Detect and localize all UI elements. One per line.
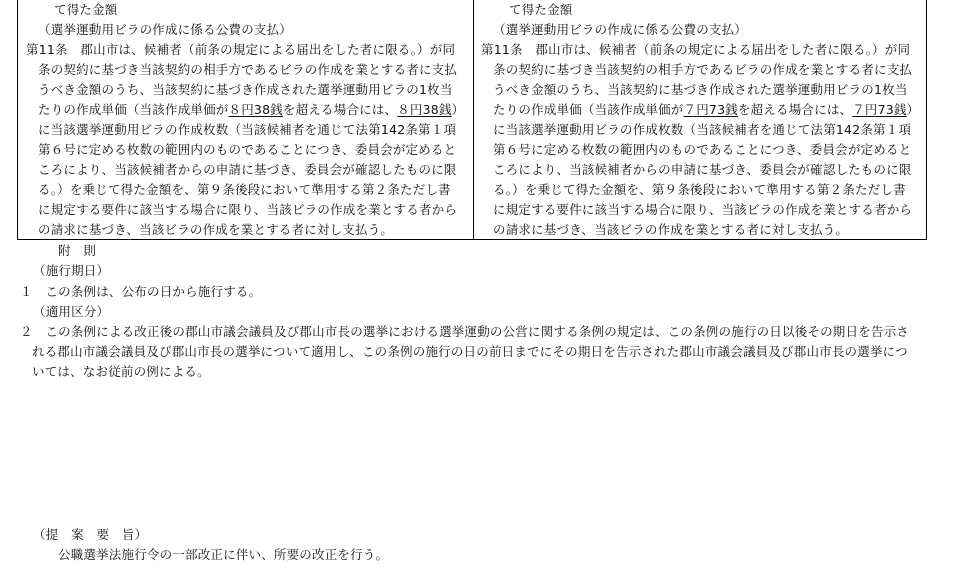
- proposal-heading: （提 案 要 旨）: [33, 525, 147, 545]
- amount-current: ７円73銭: [684, 102, 738, 117]
- table-line: る。）を乗じて得た金額を、第９条後段において準用する第２条ただし書: [38, 180, 451, 200]
- table-line: て得た金額: [509, 0, 573, 20]
- supplementary-item-2-line: ２ この条例による改正後の郡山市議会議員及び郡山市長の選挙における選挙運動の公営…: [20, 322, 909, 342]
- amount-revised: ８円38銭: [397, 102, 451, 117]
- table-line: に当該選挙運動用ビラの作成枚数（当該候補者を通じて法第142条第１項: [38, 120, 456, 140]
- amount-current: ７円73銭: [852, 102, 906, 117]
- price-suffix: ）: [907, 102, 920, 117]
- supplementary-heading: 附 則: [58, 241, 96, 261]
- price-prefix: たりの作成単価（当該作成単価が: [493, 102, 684, 117]
- table-line: ころにより、当該候補者からの申請に基づき、委員会が確認したものに限: [493, 160, 912, 180]
- supplementary-item-2-line: れる郡山市議会議員及び郡山市長の選挙について適用し、この条例の施行の日の前日まで…: [32, 342, 908, 362]
- amount-revised: ８円38銭: [229, 102, 283, 117]
- table-line: 条の契約に基づき当該契約の相手方であるビラの作成を業とする者に支払: [38, 60, 457, 80]
- table-line: ころにより、当該候補者からの申請に基づき、委員会が確認したものに限: [38, 160, 457, 180]
- effective-date-caption: （施行期日）: [33, 261, 109, 281]
- table-line: に当該選挙運動用ビラの作成枚数（当該候補者を通じて法第142条第１項: [493, 120, 911, 140]
- table-line: うべき金額のうち、当該契約に基づき作成された選挙運動用ビラの1枚当: [38, 80, 453, 100]
- article-caption: （選挙運動用ビラの作成に係る公費の支払）: [38, 20, 292, 40]
- table-cell-current: て得た金額 （選挙運動用ビラの作成に係る公費の支払） 第11条 郡山市は、候補者…: [474, 0, 928, 239]
- table-line: 第６号に定める枚数の範囲内のものであることにつき、委員会が定めると: [493, 140, 911, 160]
- price-suffix: ）: [452, 102, 465, 117]
- supplementary-item-1: １ この条例は、公布の日から施行する。: [20, 282, 261, 302]
- price-middle: を超える場合には、: [738, 102, 852, 117]
- table-line: に規定する要件に該当する場合に限り、当該ビラの作成を業とする者から: [493, 200, 912, 220]
- article-heading-line: 第11条 郡山市は、候補者（前条の規定による届出をした者に限る。）が同: [481, 40, 910, 60]
- table-line: 第６号に定める枚数の範囲内のものであることにつき、委員会が定めると: [38, 140, 456, 160]
- table-line: 条の契約に基づき当該契約の相手方であるビラの作成を業とする者に支払: [493, 60, 912, 80]
- application-caption: （適用区分）: [33, 302, 109, 322]
- price-middle: を超える場合には、: [283, 102, 397, 117]
- price-prefix: たりの作成単価（当該作成単価が: [38, 102, 229, 117]
- article-caption: （選挙運動用ビラの作成に係る公費の支払）: [493, 20, 747, 40]
- table-cell-revised: て得た金額 （選挙運動用ビラの作成に係る公費の支払） 第11条 郡山市は、候補者…: [18, 0, 473, 239]
- table-line: て得た金額: [54, 0, 118, 20]
- table-line: うべき金額のうち、当該契約に基づき作成された選挙運動用ビラの1枚当: [493, 80, 908, 100]
- price-line: たりの作成単価（当該作成単価が７円73銭を超える場合には、７円73銭）: [493, 100, 919, 120]
- table-line: の請求に基づき、当該ビラの作成を業とする者に対し支払う。: [38, 220, 393, 240]
- article-heading-line: 第11条 郡山市は、候補者（前条の規定による届出をした者に限る。）が同: [26, 40, 455, 60]
- table-line: る。）を乗じて得た金額を、第９条後段において準用する第２条ただし書: [493, 180, 906, 200]
- comparison-table: て得た金額 （選挙運動用ビラの作成に係る公費の支払） 第11条 郡山市は、候補者…: [17, 0, 927, 240]
- proposal-text: 公職選挙法施行令の一部改正に伴い、所要の改正を行う。: [58, 545, 388, 565]
- table-line: の請求に基づき、当該ビラの作成を業とする者に対し支払う。: [493, 220, 848, 240]
- supplementary-item-2-line: いては、なお従前の例による。: [32, 362, 210, 382]
- table-line: に規定する要件に該当する場合に限り、当該ビラの作成を業とする者から: [38, 200, 457, 220]
- price-line: たりの作成単価（当該作成単価が８円38銭を超える場合には、８円38銭）: [38, 100, 464, 120]
